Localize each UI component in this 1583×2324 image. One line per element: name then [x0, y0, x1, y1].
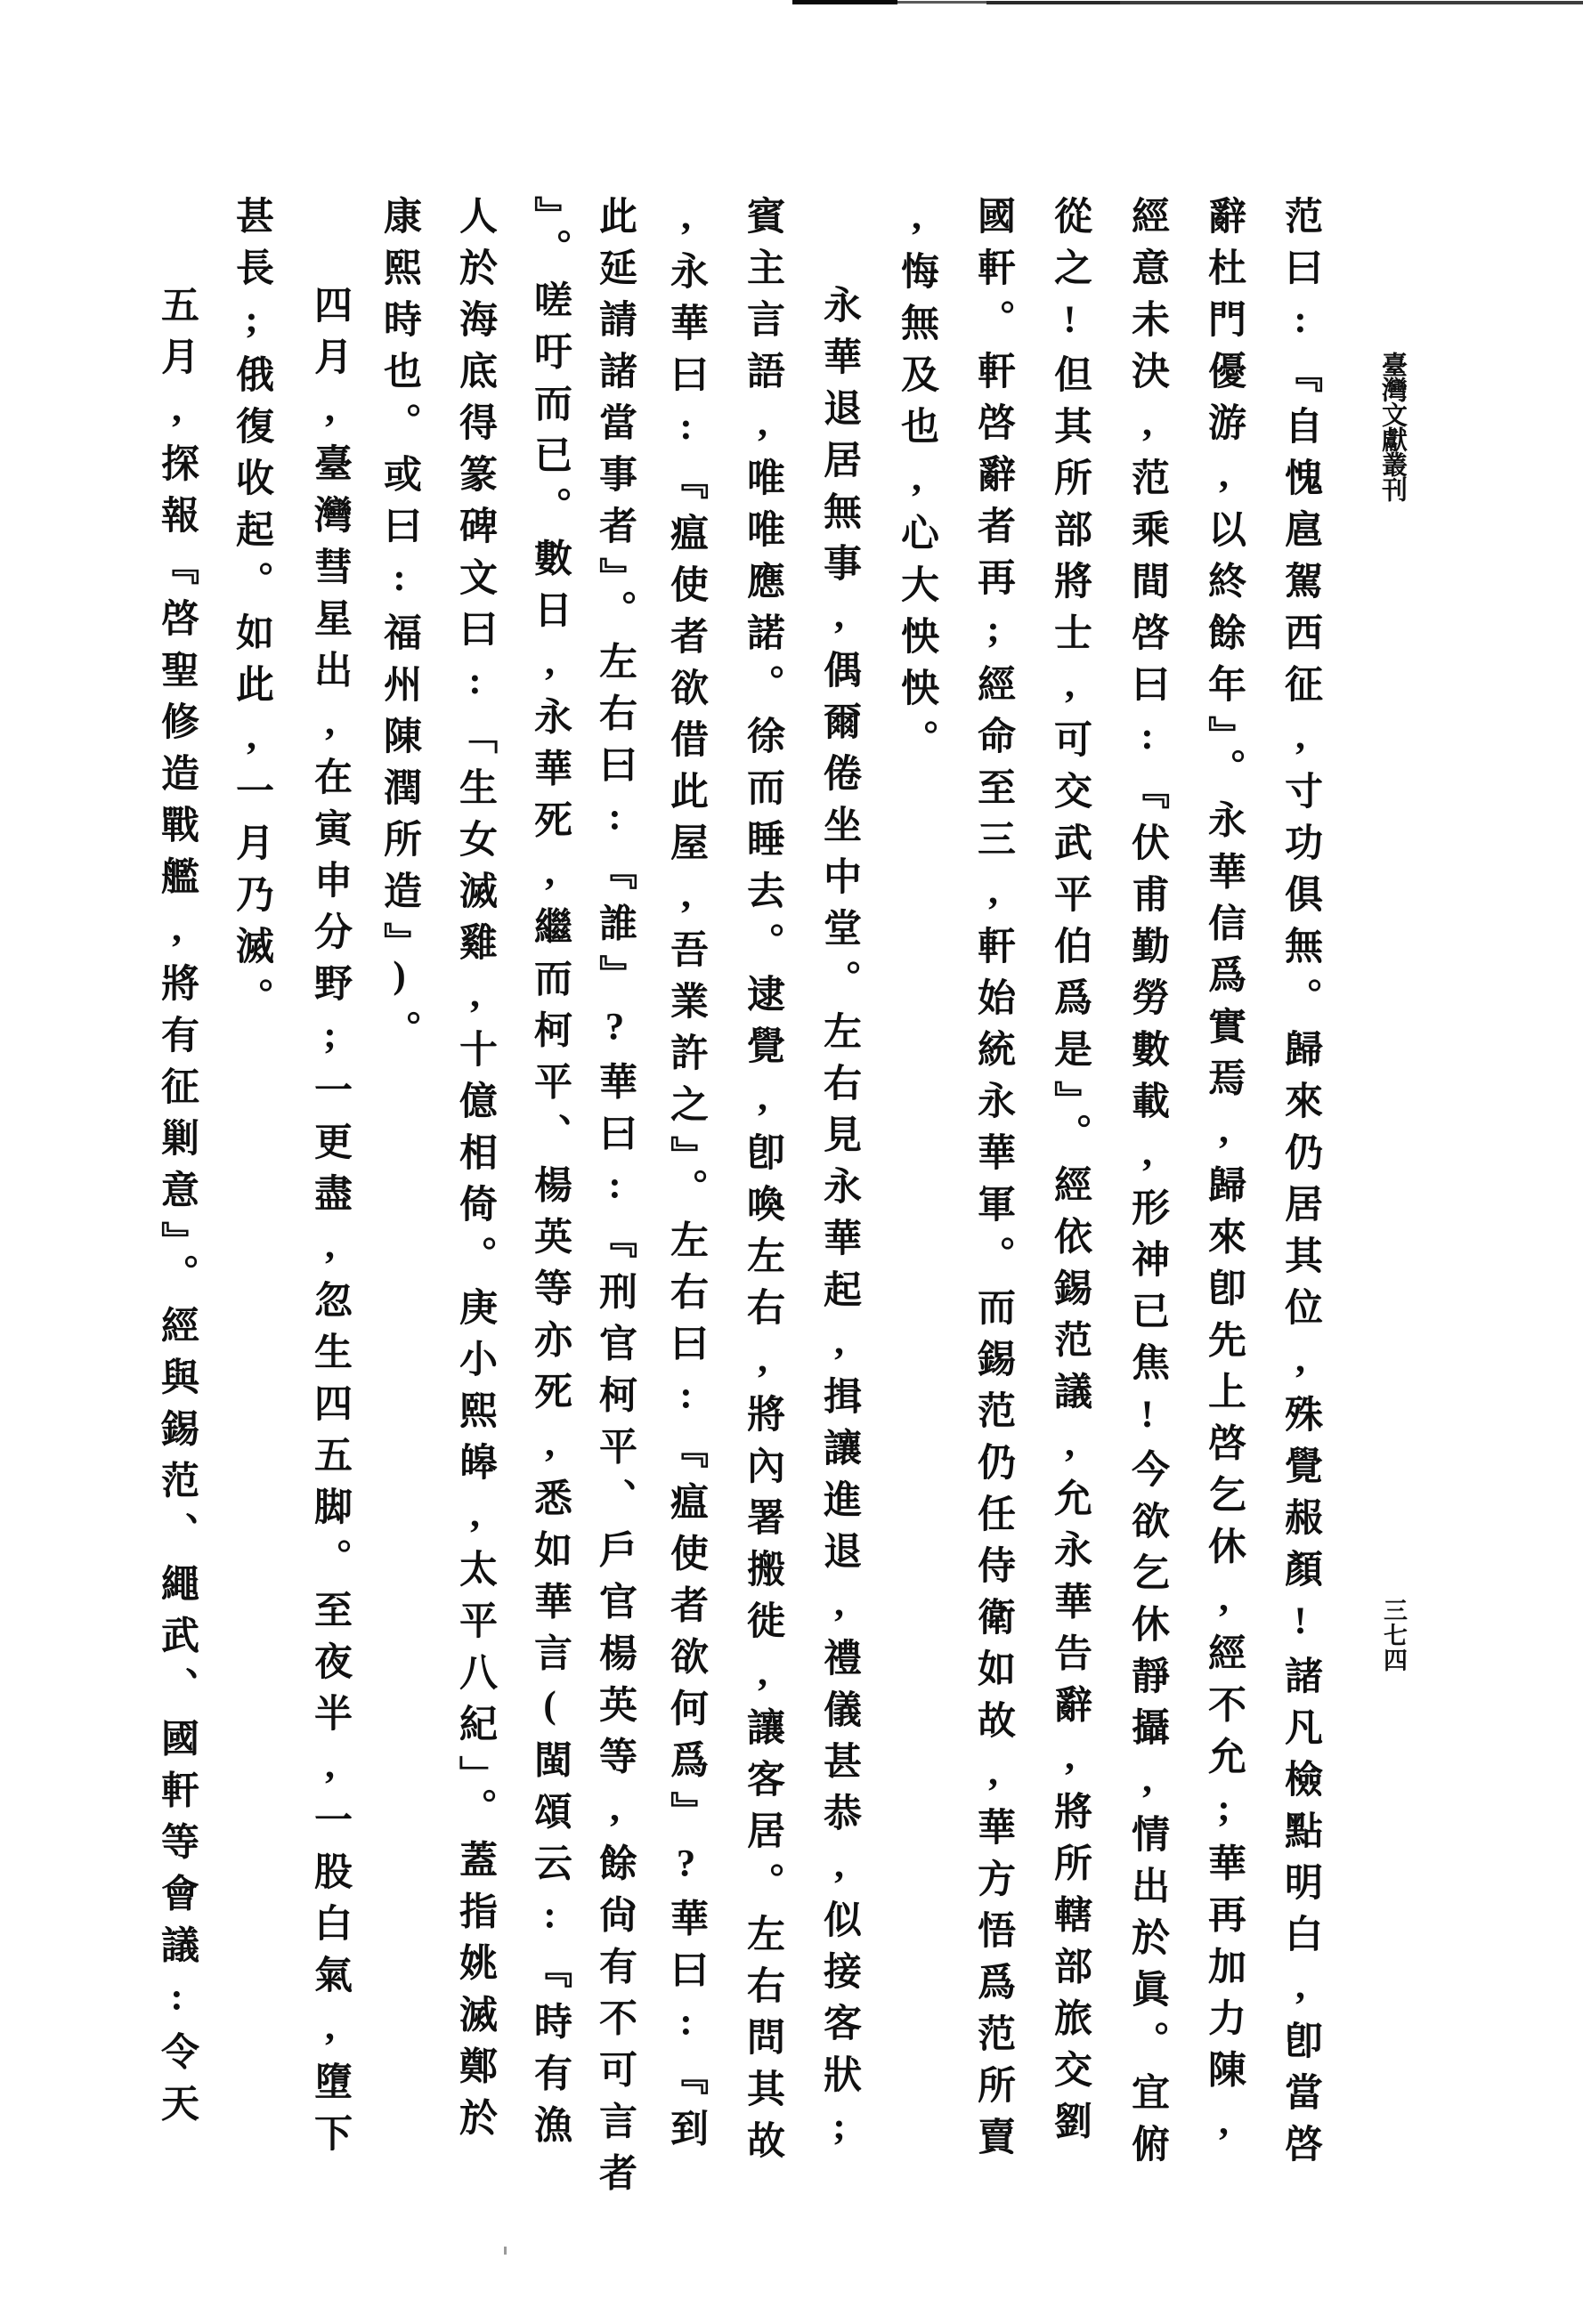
text-column-5: 國軒。軒啓辭者再;經命至三,軒始統永華軍。而錫范仍任侍衛如故,華方悟爲范所賣: [971, 196, 1014, 2172]
text-column-4: 從之!但其所部將士,可交武平伯爲是』。經依錫范議,允永華告辭,將所轄部旅交劉: [1048, 196, 1091, 2172]
scan-edge-artifact: [792, 0, 897, 4]
scan-edge-artifact: [1120, 1, 1583, 4]
text-column-9: ,永華曰:『瘟使者欲借此屋,吾業許之』。左右曰:『瘟使者欲何爲』?華曰:『到: [664, 196, 707, 2172]
scan-edge-artifact: [897, 1, 986, 4]
text-column-12: 人於海底得篆碑文曰:「生女滅雞,十億相倚。庚小熙皞,太平八紀」。蓋指姚滅鄭於: [453, 196, 496, 2172]
scanned-page: 臺灣文獻叢刊 三七四 范曰:『自愧扈駕西征,寸功俱無。歸來仍居其位,殊覺赧顏!諸…: [0, 0, 1583, 2324]
text-column-10: 此延請諸當事者』。左右曰:『誰』?華曰:『刑官柯平、戶官楊英等,餘尙有不可言者: [593, 196, 636, 2172]
series-title: 臺灣文獻叢刊: [1372, 352, 1413, 501]
text-column-13: 康熙時也。或曰:福州陳潤所造』)。: [377, 196, 420, 2172]
scan-speck-artifact: [504, 2247, 507, 2255]
text-column-11: 』。嗟吁而已。數日,永華死,繼而柯平、楊英等亦死,悉如華言(閩頌云:『時有漁: [528, 196, 571, 2172]
text-column-6: ,悔無及也,心大怏怏。: [895, 196, 938, 2172]
text-column-7: 永華退居無事,偶爾倦坐中堂。左右見永華起,揖讓進退,禮儀甚恭,似接客狀;: [817, 196, 860, 2261]
text-column-1: 范曰:『自愧扈駕西征,寸功俱無。歸來仍居其位,殊覺赧顏!諸凡檢點明白,卽當啓: [1279, 196, 1321, 2172]
text-column-14: 四月,臺灣彗星出,在寅申分野;一更盡,忽生四五脚。至夜半,一股白氣,墮下: [308, 196, 351, 2261]
text-column-2: 辭杜門優游,以終餘年』。永華信爲實焉,歸來卽先上啓乞休,經不允;華再加力陳,: [1202, 196, 1245, 2172]
text-column-3: 經意未決,范乘間啓曰:『伏甫勤勞數載,形神已焦!今欲乞休靜攝,情出於眞。宜俯: [1125, 196, 1168, 2172]
scan-edge-artifact: [986, 1, 1120, 4]
text-column-8: 賓主言語,唯唯應諾。徐而睡去。逮覺,卽喚左右,將內署搬徙,讓客居。左右問其故: [741, 196, 783, 2172]
text-column-15: 甚長;俄復收起。如此,一月乃滅。: [230, 196, 272, 2172]
folio-page-number: 三七四: [1373, 1598, 1414, 1672]
text-column-16: 五月,探報『啓聖修造戰艦,將有征剿意』。經與錫范、繩武、國軒等會議:令天: [155, 196, 198, 2261]
